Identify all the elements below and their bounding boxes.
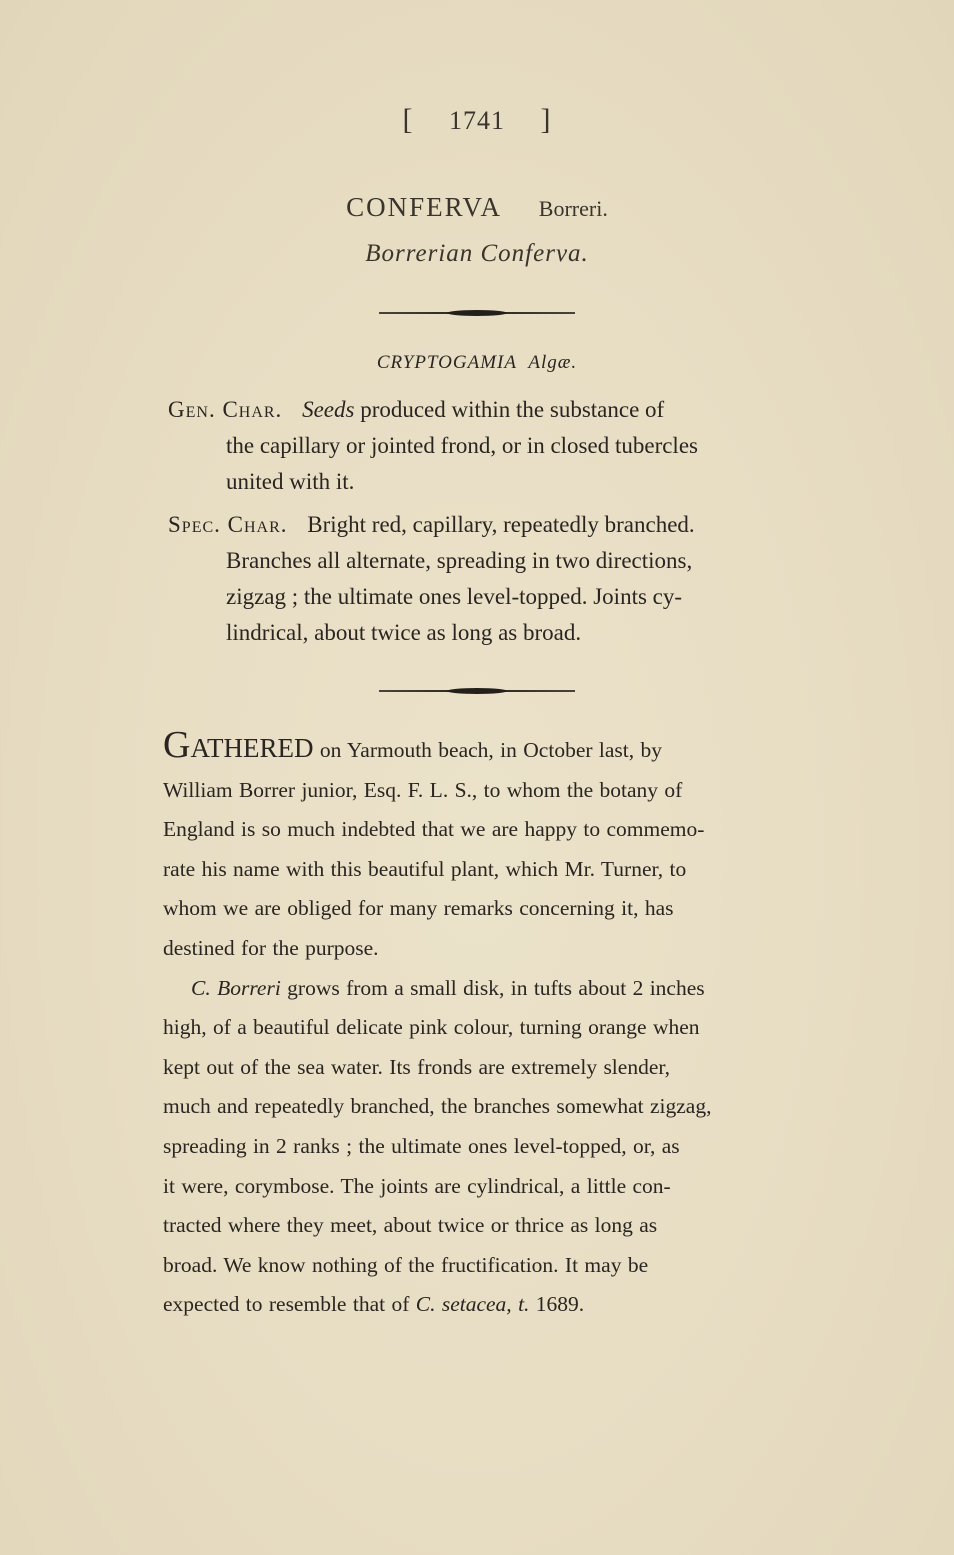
plate-number: [ 1741 ] [0, 103, 954, 137]
gen-char-line: the capillary or jointed frond, or in cl… [168, 428, 808, 464]
plate-number-value: 1741 [449, 106, 505, 135]
spec-char-line: Branches all alternate, spreading in two… [168, 543, 808, 579]
generic-character: Gen. Char. Seeds produced within the sub… [168, 392, 808, 500]
class-name: CRYPTOGAMIA [377, 352, 517, 373]
bracket-open: [ [403, 103, 414, 137]
spec-char-label: Spec. Char. [168, 512, 288, 537]
reference-table: t. [518, 1292, 529, 1316]
description-body: GATHERED on Yarmouth beach, in October l… [163, 726, 803, 1325]
body-line: tracted where they meet, about twice or … [163, 1206, 803, 1246]
drop-cap: G [163, 724, 190, 766]
species-abbrev: C. Borreri [191, 976, 281, 1000]
species-title: CONFERVA Borreri. [0, 192, 954, 223]
body-line: much and repeatedly branched, the branch… [163, 1087, 803, 1127]
spec-char-line: zigzag ; the ultimate ones level-topped.… [168, 579, 808, 615]
last-line-text: expected to resemble that of [163, 1292, 409, 1316]
body-line: England is so much indebted that we are … [163, 810, 803, 850]
reference-species: C. setacea, [416, 1292, 512, 1316]
body-line: rate his name with this beautiful plant,… [163, 850, 803, 890]
order-name: Algæ. [528, 352, 577, 373]
body-line: on Yarmouth beach, in October last, by [320, 738, 662, 762]
body-line: high, of a beautiful delicate pink colou… [163, 1008, 803, 1048]
paragraph-2: C. Borreri grows from a small disk, in t… [163, 969, 803, 1009]
ornamental-rule-bottom [0, 688, 954, 694]
common-name: Borrerian Conferva. [0, 240, 954, 268]
drop-cap-rest: ATHERED [190, 733, 313, 763]
bracket-close: ] [541, 103, 552, 137]
drop-cap-word: GATHERED [163, 733, 313, 763]
body-line: grows from a small disk, in tufts about … [287, 976, 704, 1000]
gen-char-lead: Seeds [302, 397, 354, 422]
book-page: [ 1741 ] CONFERVA Borreri. Borrerian Con… [0, 0, 954, 1555]
body-line: William Borrer junior, Esq. F. L. S., to… [163, 771, 803, 811]
species-epithet: Borreri. [539, 196, 608, 221]
reference-number: 1689. [536, 1292, 584, 1316]
specific-character: Spec. Char. Bright red, capillary, repea… [168, 507, 808, 651]
body-line-last: expected to resemble that of C. setacea,… [163, 1285, 803, 1325]
body-line: broad. We know nothing of the fructifica… [163, 1246, 803, 1286]
gen-char-line: united with it. [168, 464, 808, 500]
body-line: destined for the purpose. [163, 929, 803, 969]
paragraph-1: GATHERED on Yarmouth beach, in October l… [163, 726, 803, 969]
spec-char-line: lindrical, about twice as long as broad. [168, 615, 808, 651]
paragraph-2-cont: high, of a beautiful delicate pink colou… [163, 1008, 803, 1325]
gen-char-line: produced within the substance of [360, 397, 664, 422]
body-line: spreading in 2 ranks ; the ultimate ones… [163, 1127, 803, 1167]
classification: CRYPTOGAMIA Algæ. [0, 352, 954, 374]
body-line: it were, corymbose. The joints are cylin… [163, 1167, 803, 1207]
body-line: kept out of the sea water. Its fronds ar… [163, 1048, 803, 1088]
ornamental-rule-top [0, 310, 954, 316]
spec-char-line: Bright red, capillary, repeatedly branch… [307, 512, 694, 537]
gen-char-label: Gen. Char. [168, 397, 282, 422]
genus-name: CONFERVA [346, 192, 502, 222]
body-line: whom we are obliged for many remarks con… [163, 889, 803, 929]
